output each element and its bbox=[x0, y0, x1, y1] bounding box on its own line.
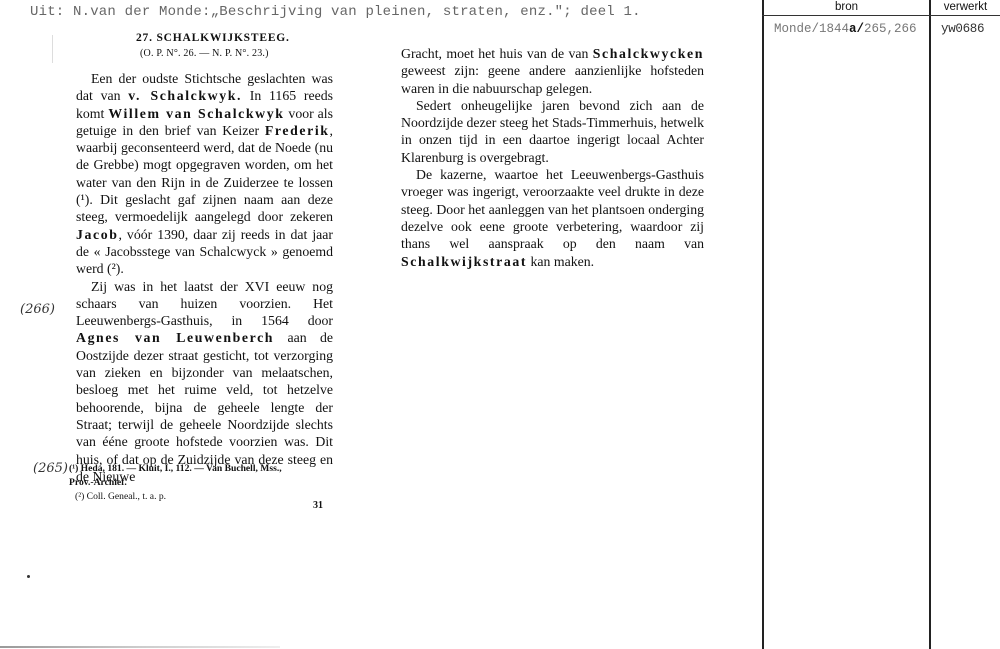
scan-speck bbox=[27, 575, 30, 578]
paragraph-4: De kazerne, waartoe het Leeuwenbergs-Gas… bbox=[401, 166, 704, 270]
source-citation-header: Uit: N.van der Monde:„Beschrijving van p… bbox=[30, 4, 750, 20]
name-emphasis: Schalckwycken bbox=[593, 46, 704, 61]
column-header-verwerkt: verwerkt bbox=[931, 0, 1000, 15]
reference-table: bron verwerkt Monde/1844a/265,266 yw0686 bbox=[762, 0, 1000, 649]
paragraph-1: Een der oudste Stichtsche geslachten was… bbox=[76, 70, 333, 278]
column-header-bron: bron bbox=[764, 0, 929, 15]
name-emphasis: Schalkwijkstraat bbox=[401, 254, 527, 269]
paragraph-3: Sedert onheugelijke jaren bevond zich aa… bbox=[401, 97, 704, 166]
table-header-rule bbox=[762, 15, 1000, 16]
paragraph-2: Zij was in het laatst der XVI eeuw nog s… bbox=[76, 278, 333, 486]
handwritten-page-marker-266: (266) bbox=[20, 302, 55, 317]
left-text-column: Een der oudste Stichtsche geslachten was… bbox=[76, 70, 333, 485]
verwerkt-cell: yw0686 bbox=[941, 21, 984, 37]
article-subtitle: (O. P. N°. 26. — N. P. N°. 23.) bbox=[140, 48, 269, 59]
name-emphasis: Willem van Schalckwyk bbox=[108, 106, 284, 121]
name-emphasis: Agnes van Leuwenberch bbox=[76, 330, 274, 345]
table-border-left bbox=[762, 0, 764, 649]
page-number: 31 bbox=[313, 500, 323, 511]
right-text-column: Gracht, moet het huis van de van Schalck… bbox=[401, 45, 704, 270]
name-emphasis: v. Schalckwyk. bbox=[128, 88, 242, 103]
article-title: 27. SCHALKWIJKSTEEG. bbox=[136, 32, 290, 44]
name-emphasis: Frederik bbox=[265, 123, 330, 138]
footnotes: (¹) Heda, 181. — Kluit, I., 112. — Van B… bbox=[69, 462, 359, 504]
name-emphasis: Jacob bbox=[76, 227, 119, 242]
scan-artifact-rule bbox=[52, 35, 53, 63]
footnote-1: (¹) Heda, 181. — Kluit, I., 112. — Van B… bbox=[69, 462, 359, 476]
paragraph-continued: Gracht, moet het huis van de van Schalck… bbox=[401, 45, 704, 97]
scan-bottom-edge bbox=[0, 646, 280, 648]
handwritten-page-marker-265: (265) bbox=[33, 461, 68, 476]
footnote-1-continued: Prov.-Archief. bbox=[69, 476, 359, 490]
bron-cell: Monde/1844a/265,266 bbox=[774, 21, 917, 37]
table-column-divider bbox=[929, 0, 931, 649]
